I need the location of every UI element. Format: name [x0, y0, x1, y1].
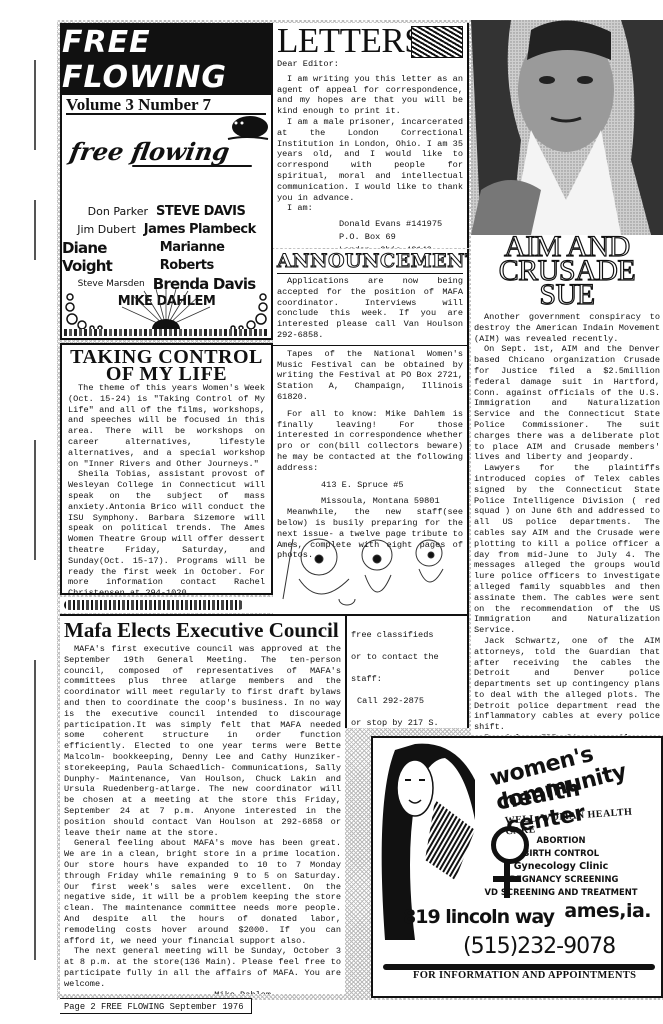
page-footer: Page 2 FREE FLOWING September 1976: [60, 998, 252, 1014]
letter-paragraph: I am a male prisoner, incarcerated at th…: [277, 117, 463, 203]
staff-name: Marianne Roberts: [160, 239, 271, 275]
section-headline: ANNOUNCEMENTS: [277, 249, 463, 274]
scroll-ornament-band: [60, 597, 273, 613]
portrait-photo-icon: [471, 20, 663, 235]
masthead-logo: FREE FLOWING: [62, 25, 271, 95]
announcement-item: For all to know: Mike Dahlem is finally …: [277, 409, 463, 474]
classifieds-box: free classifieds or to contact the staff…: [345, 614, 469, 728]
letter-paragraph: I am:: [277, 203, 463, 214]
ad-city: ames,ia.: [564, 900, 651, 922]
article-paragraph: The theme of this years Women's Week (Oc…: [68, 383, 265, 469]
ad-info: FOR INFORMATION AND APPOINTMENTS: [413, 970, 636, 981]
letter-salutation: Dear Editor:: [277, 59, 463, 70]
script-underline: [132, 165, 252, 167]
staff-name: Don Parker: [88, 203, 148, 221]
announcement-address: Missoula, Montana 59801: [277, 496, 463, 507]
ornamental-border: [64, 329, 269, 336]
announcements-section: ANNOUNCEMENTS Applications are now being…: [273, 249, 469, 614]
article-paragraph: The next general meeting will be Sunday,…: [64, 946, 341, 989]
article-paragraph: Lawyers for the plaintiffs introduced co…: [474, 463, 660, 636]
sunburst-ornament-icon: [62, 287, 271, 333]
article-paragraph: Jack Schwartz, one of the AIM attorneys,…: [474, 636, 660, 733]
article-headline: TAKING CONTROL OF MY LIFE: [68, 349, 265, 383]
masthead: FREE FLOWING Volume 3 Number 7 free flow…: [60, 23, 273, 340]
announcement-item: Tapes of the National Women's Music Fest…: [277, 349, 463, 403]
health-center-ad: women's community health center WELL-WOM…: [371, 736, 663, 998]
letter-paragraph: I am writing you this letter as an agent…: [277, 74, 463, 117]
newspaper-page: FREE FLOWING Volume 3 Number 7 free flow…: [57, 20, 663, 1000]
article-paragraph: In July, FBI Director Clarence Kelly was…: [474, 733, 660, 735]
ad-address: 819 lincoln way: [403, 906, 554, 928]
script-title: free flowing: [67, 137, 231, 166]
article-headline-line2: CRUSADE SUE: [474, 259, 660, 307]
cartoon-drawing-icon: [279, 519, 463, 609]
article-aim-crusade: AIM AND CRUSADE SUE Another government c…: [471, 235, 663, 735]
announcement-item: Applications are now being accepted for …: [277, 276, 463, 341]
article-paragraph: On Sept. 1st, AIM and the Denver based C…: [474, 344, 660, 463]
staff-name: STEVE DAVIS: [156, 203, 245, 221]
article-paragraph: Sheila Tobias, assistant provost of Wesl…: [68, 469, 265, 595]
aim-photo: [471, 20, 663, 235]
article-mafa-council: Mafa Elects Executive Council MAFA's fir…: [60, 614, 345, 994]
article-signature: -Mike Dahlem: [64, 990, 341, 995]
carved-mask-icon: [411, 26, 463, 58]
page-binding-edge: [0, 20, 57, 1020]
staff-name: James Plambeck: [144, 221, 256, 239]
article-paragraph: Another government conspiracy to destroy…: [474, 312, 660, 344]
article-paragraph: General feeling about MAFA's move has be…: [64, 838, 341, 946]
letters-section: LETTERS Dear Editor: I am writing you th…: [273, 23, 469, 248]
article-headline: Mafa Elects Executive Council: [64, 618, 341, 642]
staff-name: Jim Dubert: [77, 221, 136, 239]
staff-phone: Call 292-2875: [351, 690, 463, 712]
ad-phone: (515)232-9078: [463, 934, 615, 959]
ad-services: ABORTION BIRTH CONTROL Gynecology Clinic…: [461, 834, 661, 899]
letter-signature: Donald Evans #141975 P.O. Box 69 London,…: [277, 218, 463, 248]
article-paragraph: MAFA's first executive council was appro…: [64, 644, 341, 838]
article-taking-control: TAKING CONTROL OF MY LIFE The theme of t…: [60, 343, 273, 595]
announcement-address: 413 E. Spruce #5: [277, 480, 463, 491]
staff-name: Diane Voight: [62, 239, 152, 275]
